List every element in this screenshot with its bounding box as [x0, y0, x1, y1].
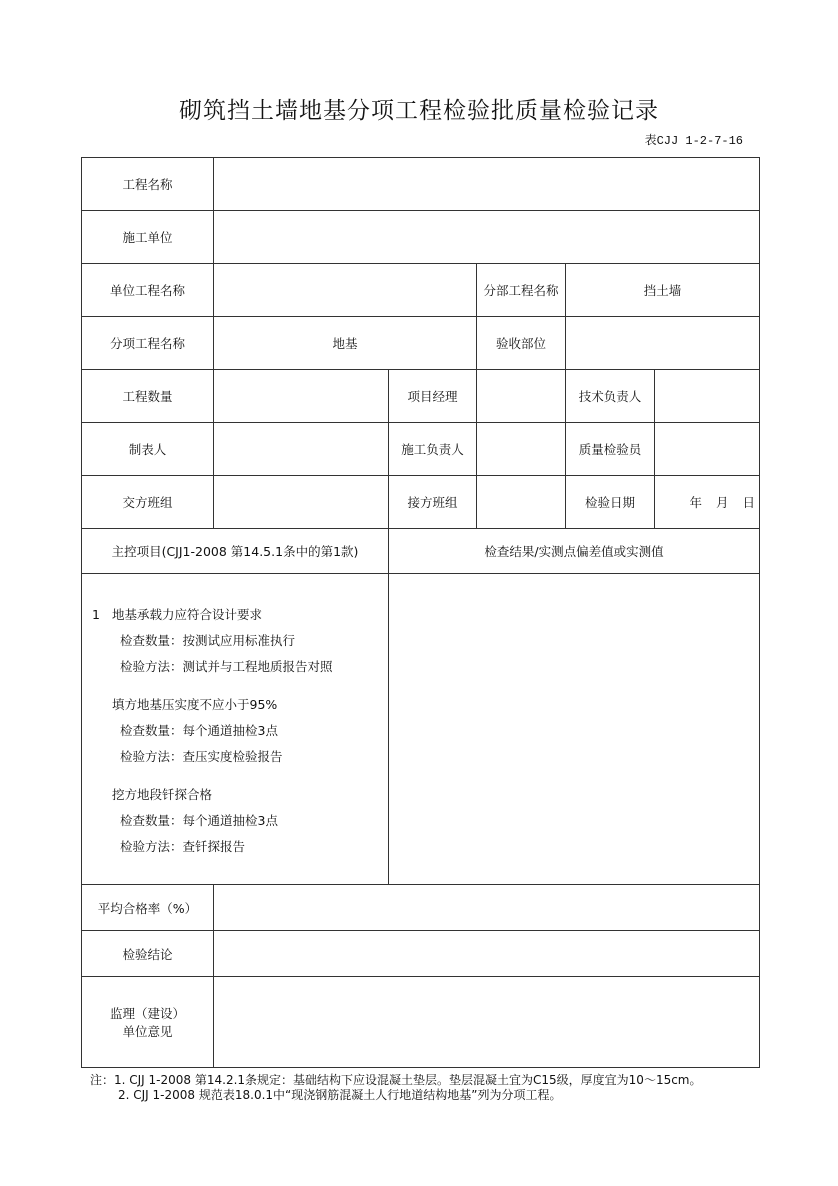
receiving-team-label: 接方班组	[389, 476, 477, 529]
tabulator-label: 制表人	[82, 423, 214, 476]
page-title: 砌筑挡土墙地基分项工程检验批质量检验记录	[0, 92, 838, 125]
construction-lead-label: 施工负责人	[389, 423, 477, 476]
item-1-method: 检验方法：测试并与工程地质报告对照	[92, 654, 388, 680]
unit-project-label: 单位工程名称	[82, 264, 214, 317]
handover-team-field[interactable]	[214, 476, 389, 529]
avg-pass-rate-field[interactable]	[214, 885, 760, 931]
project-name-label: 工程名称	[82, 158, 214, 211]
notes: 注：1. CJJ 1-2008 第14.2.1条规定：基础结构下应设混凝土垫层。…	[90, 1073, 702, 1103]
division-project-label: 分部工程名称	[477, 264, 566, 317]
item-1: 1地基承载力应符合设计要求	[92, 602, 388, 628]
acceptance-part-label: 验收部位	[477, 317, 566, 370]
item-fill-method: 检验方法：查压实度检验报告	[92, 744, 388, 770]
project-name-field[interactable]	[214, 158, 760, 211]
item-excavation-probe: 挖方地段钎探合格	[92, 782, 388, 808]
supervision-label: 监理（建设） 单位意见	[82, 977, 214, 1068]
construction-lead-field[interactable]	[477, 423, 566, 476]
supervision-field[interactable]	[214, 977, 760, 1068]
conclusion-field[interactable]	[214, 931, 760, 977]
acceptance-part-field[interactable]	[566, 317, 760, 370]
item-excavation-quantity: 检查数量：每个通道抽检3点	[92, 808, 388, 834]
item-1-quantity: 检查数量：按测试应用标准执行	[92, 628, 388, 654]
unit-project-field[interactable]	[214, 264, 477, 317]
main-control-content: 1地基承载力应符合设计要求 检查数量：按测试应用标准执行 检验方法：测试并与工程…	[82, 574, 389, 885]
tech-lead-field[interactable]	[655, 370, 760, 423]
construction-unit-field[interactable]	[214, 211, 760, 264]
project-manager-label: 项目经理	[389, 370, 477, 423]
form-code: 表CJJ 1-2-7-16	[645, 131, 743, 148]
date-day: 日	[743, 493, 756, 511]
date-month: 月	[716, 493, 729, 511]
item-fill-quantity: 检查数量：每个通道抽检3点	[92, 718, 388, 744]
receiving-team-field[interactable]	[477, 476, 566, 529]
quality-inspector-label: 质量检验员	[566, 423, 655, 476]
quantity-label: 工程数量	[82, 370, 214, 423]
inspection-date-field[interactable]: 年月日	[655, 476, 760, 529]
result-header: 检查结果/实测点偏差值或实测值	[389, 529, 760, 574]
note-1: 注：1. CJJ 1-2008 第14.2.1条规定：基础结构下应设混凝土垫层。…	[90, 1073, 702, 1088]
division-project-field[interactable]: 挡土墙	[566, 264, 760, 317]
construction-unit-label: 施工单位	[82, 211, 214, 264]
result-field[interactable]	[389, 574, 760, 885]
subitem-project-field[interactable]: 地基	[214, 317, 477, 370]
item-excavation-method: 检验方法：查钎探报告	[92, 834, 388, 860]
subitem-project-label: 分项工程名称	[82, 317, 214, 370]
avg-pass-rate-label: 平均合格率（%）	[82, 885, 214, 931]
inspection-date-label: 检验日期	[566, 476, 655, 529]
item-fill-compaction: 填方地基压实度不应小于95%	[92, 692, 388, 718]
quality-inspector-field[interactable]	[655, 423, 760, 476]
inspection-form-table: 工程名称 施工单位 单位工程名称 分部工程名称 挡土墙 分项工程名称 地基 验收…	[81, 157, 760, 1068]
main-control-header: 主控项目(CJJ1-2008 第14.5.1条中的第1款)	[82, 529, 389, 574]
note-2: 2. CJJ 1-2008 规范表18.0.1中“现浇钢筋混凝土人行地道结构地基…	[90, 1088, 702, 1103]
quantity-field[interactable]	[214, 370, 389, 423]
project-manager-field[interactable]	[477, 370, 566, 423]
conclusion-label: 检验结论	[82, 931, 214, 977]
date-year: 年	[690, 493, 703, 511]
tech-lead-label: 技术负责人	[566, 370, 655, 423]
tabulator-field[interactable]	[214, 423, 389, 476]
handover-team-label: 交方班组	[82, 476, 214, 529]
